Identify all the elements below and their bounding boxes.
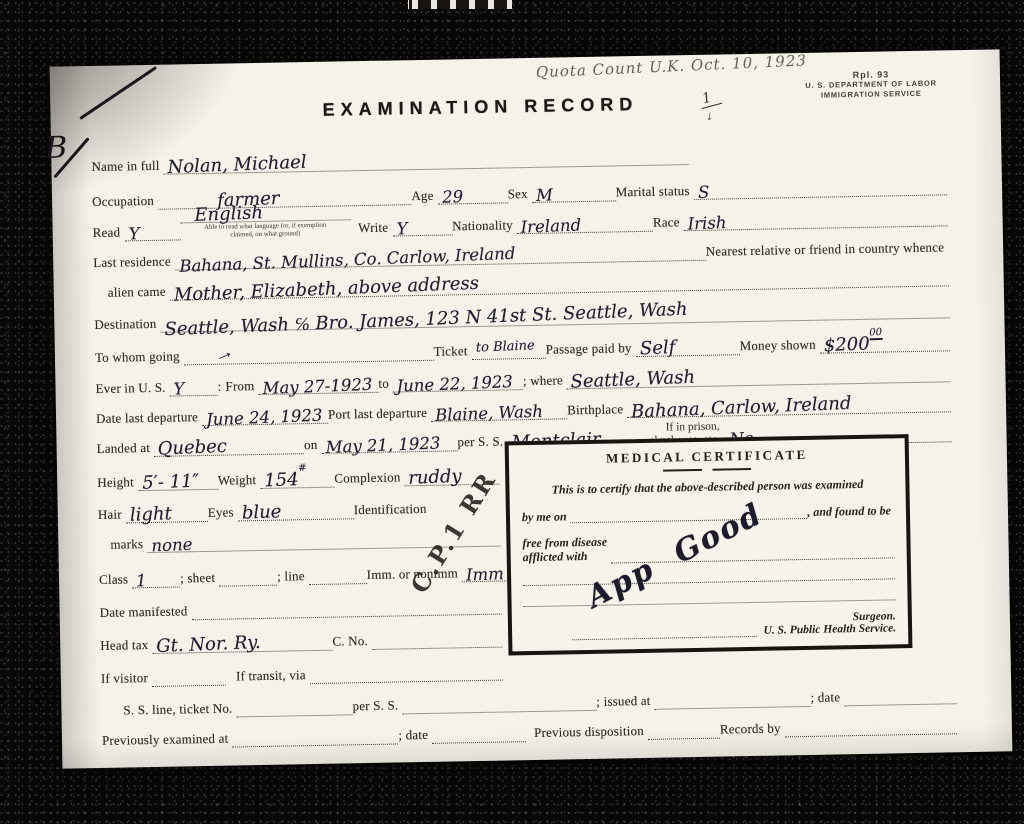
prev-disposition-label: Previous disposition [526, 723, 648, 742]
spacer [689, 160, 947, 165]
destination-label: Destination [94, 316, 160, 334]
height-value: 5′- 11″ [141, 471, 199, 494]
ss-line-label: S. S. line, ticket No. [123, 700, 236, 719]
prison-label-1: If in prison, [666, 421, 720, 435]
signature-line [572, 636, 757, 640]
birthplace-value: Bahana, Carlow, Ireland [631, 393, 852, 423]
language-note-2: claimed, on what ground) [180, 229, 350, 241]
page-title: EXAMINATION RECORD [240, 92, 720, 122]
class-label: Class [99, 571, 132, 589]
found-to-be-label: , and found to be [807, 503, 894, 519]
imm-value: Imm [466, 564, 505, 584]
head-tax-label: Head tax [100, 637, 152, 655]
birthplace-label: Birthplace [567, 401, 627, 419]
pen-slash-mark [79, 66, 157, 120]
previously-examined-line [233, 743, 399, 747]
line-label: ; line [277, 568, 309, 586]
service-label: U. S. Public Health Service. [763, 622, 896, 636]
to-label: to [378, 376, 393, 393]
money-cents: 00 [869, 327, 882, 340]
where-value: Seattle, Wash [571, 367, 696, 393]
marital-label: Marital status [616, 183, 694, 201]
nationality-value: Ireland [521, 215, 582, 236]
passage-label: Passage paid by [545, 340, 635, 359]
field-row-date-manifested: Date manifested [99, 591, 501, 622]
date-manifested-line [192, 614, 502, 621]
from-value: May 27-1923 [262, 375, 373, 398]
head-tax-value: Gt. Nor. Ry. [156, 632, 261, 657]
medical-certificate-title: MEDICAL CERTIFICATE [521, 445, 893, 468]
if-visitor-line [152, 685, 226, 687]
eyes-line: blue [238, 497, 354, 521]
race-line: Irish [683, 206, 947, 231]
occupation-label: Occupation [92, 193, 158, 211]
free-from-label-1: free from disease [522, 535, 610, 551]
where-line: Seattle, Wash [567, 360, 951, 389]
hair-label: Hair [98, 506, 126, 524]
marital-line: S [693, 175, 947, 200]
marks-label: marks [110, 536, 147, 554]
age-value: 29 [441, 187, 463, 207]
class-line: 1 [132, 567, 180, 588]
issued-at-line [655, 706, 811, 710]
port-last-departure-value: Blaine, Wash [435, 402, 544, 425]
department-stamp: Rpl. 93 U. S. DEPARTMENT OF LABOR IMMIGR… [766, 68, 977, 102]
hair-line: light [126, 500, 208, 523]
ever-in-us-line: Y [169, 376, 217, 397]
race-value: Irish [687, 213, 726, 234]
language-value: English [194, 202, 263, 226]
to-whom-going-label: To whom going [95, 348, 184, 367]
name-line: Nolan, Michael [163, 143, 688, 175]
ticket-value: to Blaine [475, 338, 534, 355]
where-label: ; where [523, 372, 567, 390]
sex-line: M [532, 181, 616, 203]
if-visitor-label: If visitor [101, 670, 152, 688]
margin-letter-mark: B [45, 130, 68, 165]
name-label: Name in full [91, 158, 163, 176]
race-label: Race [653, 214, 684, 232]
ever-in-us-label: Ever in U. S. [95, 380, 169, 398]
date-last-departure-label: Date last departure [96, 409, 202, 428]
tally-mark: 1 ↓ [687, 88, 732, 124]
hair-value: light [129, 503, 172, 526]
dotted-line [523, 583, 895, 607]
head-tax-line: Gt. Nor. Ry. [152, 629, 332, 654]
to-line: June 22, 1923 [393, 370, 523, 392]
destination-line: Seattle, Wash ℅ Bro. James, 123 N 41st S… [160, 296, 949, 332]
by-me-on-label: by me on [522, 509, 570, 524]
up-right-arrow-icon: → [210, 340, 237, 369]
weight-label: Weight [218, 472, 261, 490]
field-row-hair: Hair light Eyes blue Identification [98, 493, 500, 524]
free-from-label-2: afflicted with [523, 549, 611, 565]
to-whom-going-line: → [183, 337, 433, 366]
height-line: 5′- 11″ [138, 468, 218, 491]
ss-date-label: ; date [810, 689, 844, 707]
complexion-value: ruddy [408, 466, 462, 489]
if-transit-line [310, 680, 503, 685]
nationality-label: Nationality [452, 217, 517, 235]
c-no-line [372, 647, 502, 650]
eyes-label: Eyes [208, 504, 238, 522]
write-line: Y [392, 215, 452, 236]
nearest-relative-text: Nearest relative or friend in country wh… [706, 239, 949, 260]
alien-came-label: alien came [108, 284, 170, 302]
certify-text: This is to certify that the above-descri… [521, 476, 893, 498]
ss-per-line [403, 710, 597, 715]
landed-on-label: on [304, 437, 322, 454]
by-me-on-line [570, 518, 808, 523]
per-ss-label: per S. S. [457, 433, 507, 451]
nationality-line: Ireland [517, 212, 653, 234]
from-label: From [225, 378, 258, 396]
identification-label: Identification [354, 501, 431, 519]
signature-row: Surgeon. U. S. Public Health Service. [524, 610, 896, 641]
sheet-line [219, 585, 277, 587]
read-value: Y [128, 224, 140, 243]
weight-value: 154# [264, 469, 308, 492]
medical-certificate-box: MEDICAL CERTIFICATE This is to certify t… [505, 434, 913, 655]
surgeon-label: Surgeon. [853, 610, 896, 623]
sex-label: Sex [507, 186, 531, 203]
alien-came-value: Mother, Elizabeth, above address [173, 273, 479, 306]
read-line: Y [124, 220, 180, 241]
line-line [309, 583, 367, 585]
sheet-label: ; sheet [180, 570, 219, 588]
field-row-height: Height 5′- 11″ Weight 154# Complexion ru… [97, 461, 499, 492]
passage-line: Self [635, 333, 739, 357]
write-label: Write [350, 220, 392, 238]
write-value: Y [396, 219, 408, 238]
port-last-departure-line: Blaine, Wash [431, 399, 567, 421]
read-label: Read [93, 224, 125, 242]
date-manifested-label: Date manifested [100, 603, 192, 622]
landed-on-value: May 21, 1923 [325, 433, 440, 456]
c-no-label: C. No. [332, 633, 372, 651]
dotted-line [523, 562, 895, 586]
ever-in-us-value: Y [173, 379, 185, 398]
landed-at-value: Quebec [158, 436, 228, 460]
name-value: Nolan, Michael [167, 152, 307, 178]
money-value: $20000 [823, 333, 882, 356]
spacer [524, 640, 572, 641]
ticket-label: Ticket [434, 343, 472, 361]
date-last-departure-value: June 24, 1923 [206, 406, 323, 430]
from-line: May 27-1923 [258, 373, 378, 395]
birthplace-line: Bahana, Carlow, Ireland [627, 390, 951, 418]
marital-value: S [697, 183, 709, 202]
marks-value: none [151, 535, 193, 556]
landed-at-line: Quebec [154, 432, 304, 457]
height-label: Height [97, 474, 138, 492]
prev-date-line [432, 741, 526, 744]
age-label: Age [411, 188, 438, 205]
weight-line: 154# [260, 466, 334, 489]
ss-per-label: per S. S. [352, 697, 402, 715]
signature-caption: Surgeon. U. S. Public Health Service. [757, 610, 896, 637]
field-row-name: Name in full Nolan, Michael [91, 136, 946, 176]
down-arrow-icon: ↓ [687, 105, 733, 127]
field-row-visitor: If visitor If transit, via [101, 657, 503, 688]
ss-ticket-line [237, 714, 353, 717]
money-label: Money shown [739, 337, 820, 355]
landed-on-line: May 21, 1923 [321, 431, 457, 453]
ss-date-line [844, 703, 956, 706]
age-line: 29 [437, 183, 507, 204]
last-residence-line: Bahana, St. Mullins, Co. Carlow, Ireland [175, 241, 706, 271]
previously-examined-label: Previously examined at [102, 731, 233, 750]
read-language-block: English Able to read what language (or, … [180, 198, 351, 240]
eyes-value: blue [241, 501, 281, 524]
to-value: June 22, 1923 [397, 372, 514, 396]
landed-at-label: Landed at [97, 440, 155, 458]
prev-date-label: ; date [398, 727, 432, 745]
records-by-line [785, 733, 957, 737]
last-residence-label: Last residence [93, 254, 175, 272]
title-rule [663, 468, 751, 471]
complexion-label: Complexion [334, 469, 405, 487]
margin-letter: B [45, 130, 68, 165]
ticket-line: to Blaine [472, 343, 546, 360]
clipped-top-stamp [408, 0, 512, 9]
passage-value: Self [639, 337, 675, 359]
if-transit-label: If transit, via [226, 667, 310, 686]
weight-unit: # [298, 463, 307, 474]
free-from-block: free from disease afflicted with [522, 535, 610, 565]
port-last-departure-label: Port last departure [328, 405, 431, 424]
field-row-head-tax: Head tax Gt. Nor. Ry. C. No. [100, 624, 502, 655]
sex-value: M [535, 185, 553, 205]
money-line: $20000 [820, 329, 950, 353]
issued-at-label: ; issued at [596, 693, 655, 711]
document-paper: Quota Count U.K. Oct. 10, 1923 Rpl. 93 U… [50, 49, 1013, 768]
records-by-label: Records by [720, 720, 785, 738]
language-line: English [180, 198, 350, 223]
prev-disposition-line [648, 738, 720, 740]
field-row-class: Class 1 ; sheet ; line Imm. or nonimm Im… [99, 557, 541, 589]
date-last-departure-line: June 24, 1923 [202, 404, 328, 426]
class-value: 1 [136, 571, 147, 590]
